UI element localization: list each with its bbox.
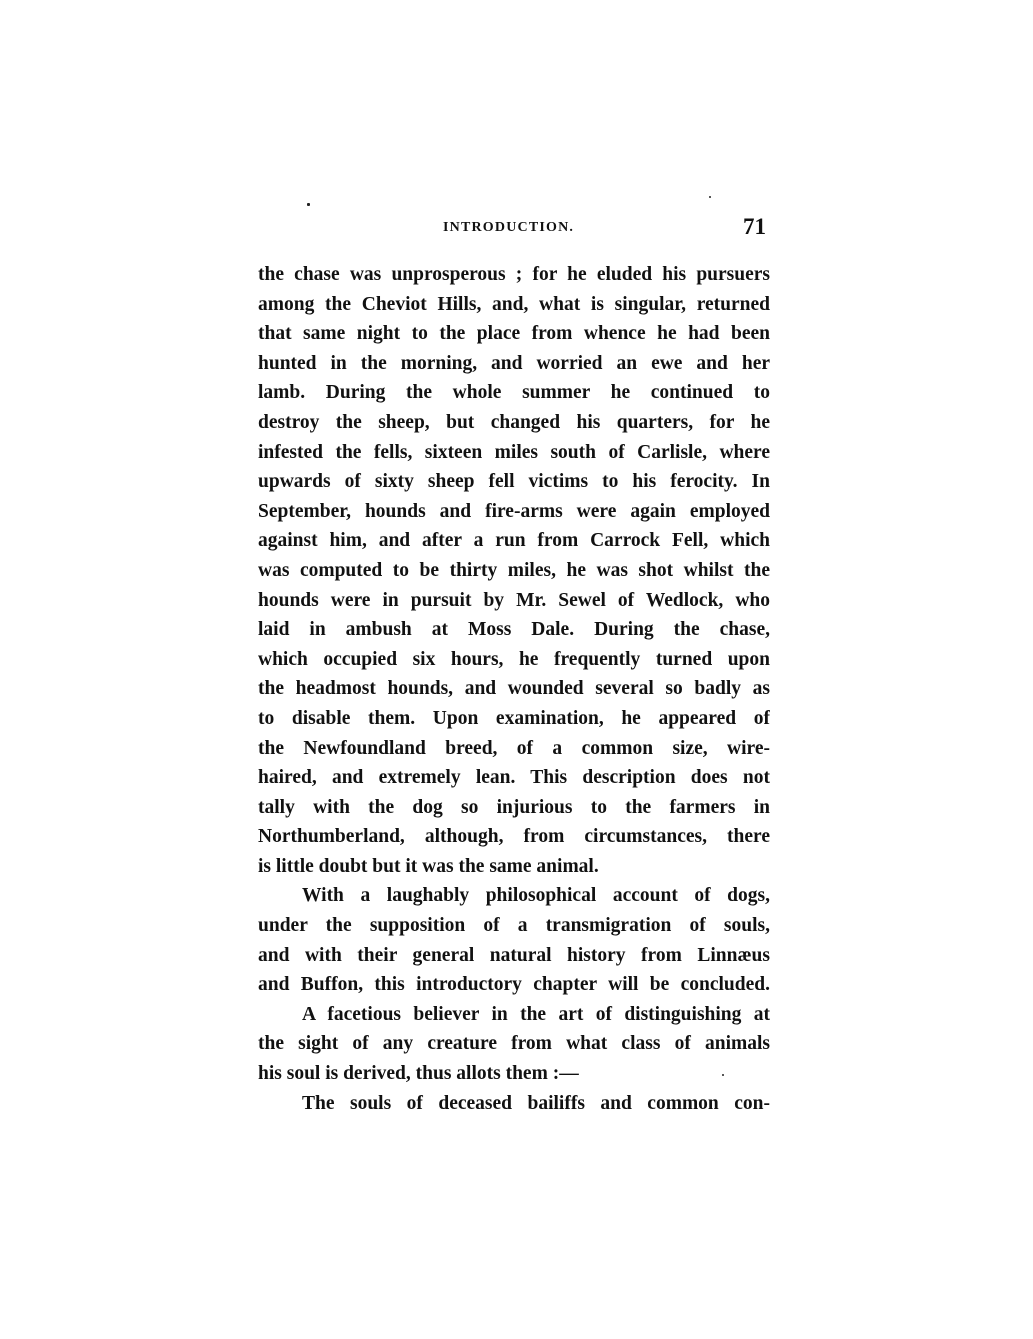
text-line: was computed to be thirty miles, he was … xyxy=(258,556,770,586)
paragraph: the chase was unprosperous ; for he elud… xyxy=(258,260,770,881)
text-line: the sight of any creature from what clas… xyxy=(258,1029,770,1059)
running-title: INTRODUCTION. xyxy=(443,220,574,236)
text-line: The souls of deceased bailiffs and commo… xyxy=(258,1089,770,1119)
text-line: With a laughably philosophical account o… xyxy=(258,881,770,911)
text-line: tally with the dog so injurious to the f… xyxy=(258,793,770,823)
paragraph: The souls of deceased bailiffs and commo… xyxy=(258,1089,770,1119)
book-page: INTRODUCTION. 71 the chase was unprosper… xyxy=(0,0,1033,1339)
page-number: 71 xyxy=(743,214,766,240)
text-line: under the supposition of a transmigratio… xyxy=(258,911,770,941)
text-line: against him, and after a run from Carroc… xyxy=(258,526,770,556)
text-line: to disable them. Upon examination, he ap… xyxy=(258,704,770,734)
text-line: A facetious believer in the art of disti… xyxy=(258,1000,770,1030)
text-line: Northumberland, although, from circumsta… xyxy=(258,822,770,852)
text-line: upwards of sixty sheep fell victims to h… xyxy=(258,467,770,497)
text-line: and with their general natural history f… xyxy=(258,941,770,971)
text-line: hunted in the morning, and worried an ew… xyxy=(258,349,770,379)
text-line: which occupied six hours, he frequently … xyxy=(258,645,770,675)
text-line: among the Cheviot Hills, and, what is si… xyxy=(258,290,770,320)
text-line: haired, and extremely lean. This descrip… xyxy=(258,763,770,793)
text-line: the chase was unprosperous ; for he elud… xyxy=(258,260,770,290)
print-speck xyxy=(709,196,711,198)
page-header: INTRODUCTION. 71 xyxy=(258,214,770,244)
text-line: the headmost hounds, and wounded several… xyxy=(258,674,770,704)
paragraph: With a laughably philosophical account o… xyxy=(258,881,770,999)
print-speck xyxy=(307,203,310,206)
text-line: and Buffon, this introductory chapter wi… xyxy=(258,970,770,1000)
text-line: laid in ambush at Moss Dale. During the … xyxy=(258,615,770,645)
text-line: is little doubt but it was the same anim… xyxy=(258,852,770,882)
text-line: hounds were in pursuit by Mr. Sewel of W… xyxy=(258,586,770,616)
paragraph: A facetious believer in the art of disti… xyxy=(258,1000,770,1089)
text-line: lamb. During the whole summer he continu… xyxy=(258,378,770,408)
text-line: the Newfoundland breed, of a common size… xyxy=(258,734,770,764)
text-line: destroy the sheep, but changed his quart… xyxy=(258,408,770,438)
text-line: his soul is derived, thus allots them :— xyxy=(258,1059,770,1089)
text-line: that same night to the place from whence… xyxy=(258,319,770,349)
body-text: the chase was unprosperous ; for he elud… xyxy=(258,260,770,1118)
text-line: September, hounds and fire-arms were aga… xyxy=(258,497,770,527)
text-line: infested the fells, sixteen miles south … xyxy=(258,438,770,468)
